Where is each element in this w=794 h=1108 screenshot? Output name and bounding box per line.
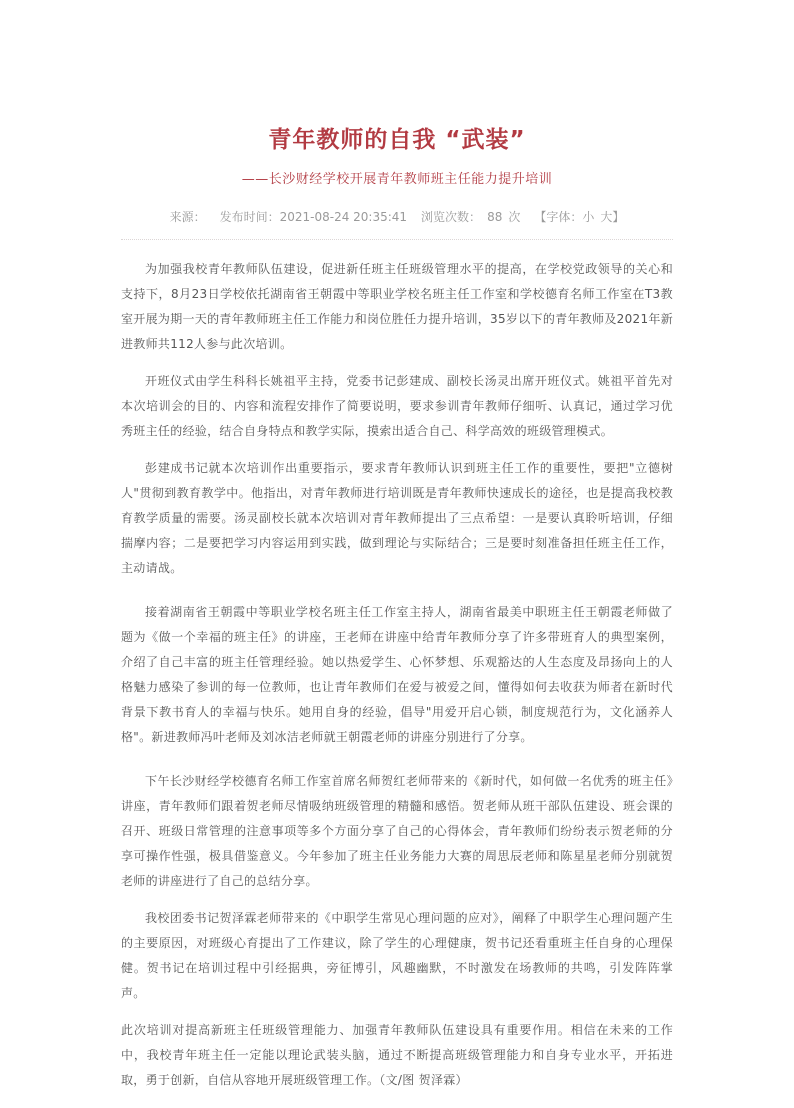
meta-font-suffix: 】 — [612, 210, 624, 224]
meta-source-label: 来源： — [170, 210, 206, 224]
article-paragraph-3: 彭建成书记就本次培训作出重要指示，要求青年教师认识到班主任工作的重要性，要把"立… — [121, 456, 673, 581]
article-page: 青年教师的自我 “武装” ——长沙财经学校开展青年教师班主任能力提升培训 来源：… — [0, 0, 794, 1108]
article-paragraph-2: 开班仪式由学生科科长姚祖平主持，党委书记彭建成、副校长汤灵出席开班仪式。姚祖平首… — [121, 369, 673, 444]
article-paragraph-1: 为加强我校青年教师队伍建设，促进新任班主任班级管理水平的提高，在学校党政领导的关… — [121, 257, 673, 357]
article-paragraph-6: 我校团委书记贺泽霖老师带来的《中职学生常见心理问题的应对》，阐释了中职学生心理问… — [121, 906, 673, 1006]
article-paragraph-4: 接着湖南省王朝霞中等职业学校名班主任工作室主持人，湖南省最美中职班主任王朝霞老师… — [121, 600, 673, 750]
article-meta-bar: 来源：发布时间：2021-08-24 20:35:41浏览次数：88次【字体：小… — [121, 208, 673, 225]
meta-publish-label: 发布时间： — [220, 210, 280, 224]
font-size-small-link[interactable]: 小 — [582, 210, 594, 224]
dotted-divider — [121, 239, 673, 240]
font-size-large-link[interactable]: 大 — [600, 210, 612, 224]
article-container: 青年教师的自我 “武装” ——长沙财经学校开展青年教师班主任能力提升培训 来源：… — [121, 0, 673, 1093]
article-paragraph-5: 下午长沙财经学校德育名师工作室首席名师贺红老师带来的《新时代，如何做一名优秀的班… — [121, 769, 673, 894]
meta-views-value: 88 — [487, 210, 502, 224]
meta-views-unit: 次 — [508, 210, 520, 224]
article-paragraph-7: 此次培训对提高新班主任班级管理能力、加强青年教师队伍建设具有重要作用。相信在未来… — [121, 1018, 673, 1093]
article-title: 青年教师的自我 “武装” — [121, 126, 673, 156]
meta-views-label: 浏览次数： — [421, 210, 481, 224]
meta-font-prefix: 【字体： — [534, 210, 582, 224]
article-body: 为加强我校青年教师队伍建设，促进新任班主任班级管理水平的提高，在学校党政领导的关… — [121, 257, 673, 1093]
meta-publish-value: 2021-08-24 20:35:41 — [280, 210, 407, 224]
article-subtitle: ——长沙财经学校开展青年教师班主任能力提升培训 — [121, 168, 673, 187]
